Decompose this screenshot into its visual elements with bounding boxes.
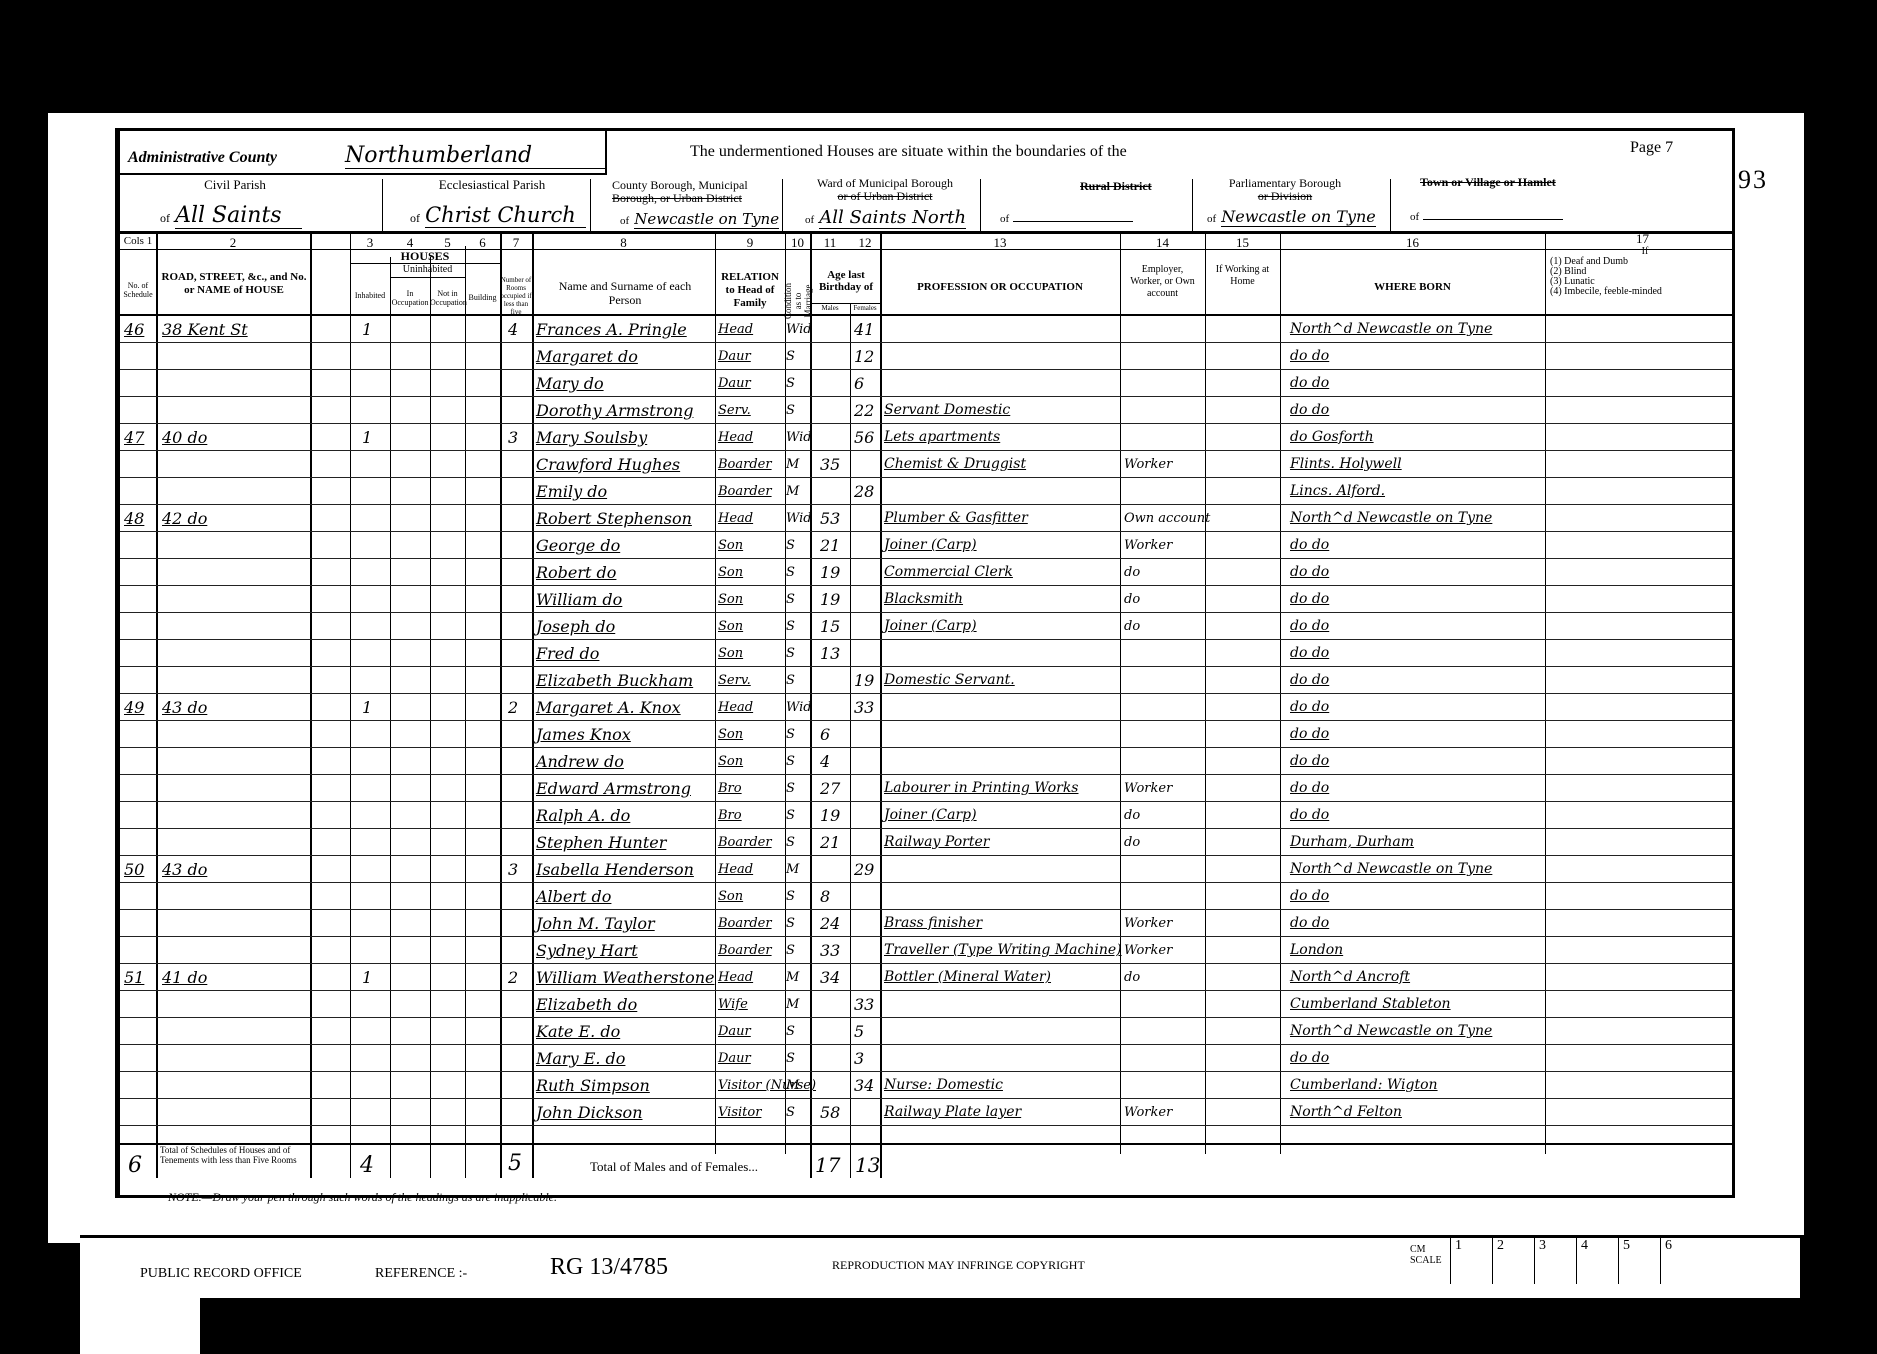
- col-header-road: ROAD, STREET, &c., and No. or NAME of HO…: [160, 271, 308, 297]
- col-header-rooms: Number of Rooms occupied if less than fi…: [500, 276, 532, 316]
- age-male: 8: [820, 883, 848, 910]
- occupation: [884, 1045, 1119, 1072]
- employer-status: Worker: [1124, 775, 1204, 802]
- infirmity: [1550, 883, 1735, 910]
- relation: Visitor (Nurse): [718, 1072, 784, 1099]
- road-address: [162, 640, 307, 667]
- employer-status: [1124, 667, 1204, 694]
- age-female: 12: [854, 343, 879, 370]
- occupation: Joiner (Carp): [884, 802, 1119, 829]
- person-name: James Knox: [536, 721, 714, 748]
- inhabited: [362, 505, 387, 532]
- condition: S: [786, 640, 810, 667]
- birthplace: Cumberland: Wigton: [1290, 1072, 1544, 1099]
- condition: Wid: [786, 316, 810, 343]
- rooms: [508, 451, 530, 478]
- employer-status: [1124, 991, 1204, 1018]
- rooms: 4: [508, 316, 530, 343]
- parl-borough-value: Newcastle on Tyne: [1221, 207, 1375, 227]
- occupation: Commercial Clerk: [884, 559, 1119, 586]
- reference-label: REFERENCE :-: [375, 1266, 467, 1282]
- inhabited: [362, 1018, 387, 1045]
- table-row: Dorothy ArmstrongServ.S22Servant Domesti…: [120, 397, 1732, 424]
- occupation: [884, 316, 1119, 343]
- inhabited: [362, 856, 387, 883]
- age-female: [854, 937, 879, 964]
- rooms: [508, 343, 530, 370]
- schedule-no: [124, 532, 154, 559]
- birthplace: North^d Newcastle on Tyne: [1290, 505, 1544, 532]
- schedule-no: 49: [124, 694, 154, 721]
- birthplace: North^d Felton: [1290, 1099, 1544, 1126]
- age-female: 19: [854, 667, 879, 694]
- total-schedules: 6: [128, 1153, 142, 1178]
- road-address: 40 do: [162, 424, 307, 451]
- schedule-no: [124, 343, 154, 370]
- rooms: [508, 1045, 530, 1072]
- road-address: [162, 802, 307, 829]
- employer-status: [1124, 694, 1204, 721]
- census-schedule: Administrative County Northumberland The…: [115, 128, 1735, 1198]
- table-row: 5141 do12William WeatherstoneHeadM34Bott…: [120, 964, 1732, 991]
- age-female: [854, 775, 879, 802]
- rooms: [508, 478, 530, 505]
- relation: Son: [718, 640, 784, 667]
- civil-parish-label: Civil Parish: [120, 179, 350, 191]
- age-male: [820, 856, 848, 883]
- employer-status: [1124, 1045, 1204, 1072]
- cm-scale-label: CM SCALE: [1410, 1244, 1442, 1266]
- page-margin: [1758, 113, 1804, 1235]
- age-male: [820, 424, 848, 451]
- rural-district-field: of: [1000, 213, 1133, 225]
- age-female: 3: [854, 1045, 879, 1072]
- age-female: [854, 910, 879, 937]
- condition: S: [786, 802, 810, 829]
- intro-text: The undermentioned Houses are situate wi…: [690, 143, 1127, 161]
- age-male: 58: [820, 1099, 848, 1126]
- age-female: 34: [854, 1072, 879, 1099]
- road-address: [162, 586, 307, 613]
- occupation: [884, 694, 1119, 721]
- occupation: Labourer in Printing Works: [884, 775, 1119, 802]
- employer-status: [1124, 343, 1204, 370]
- employer-status: [1124, 478, 1204, 505]
- age-female: 41: [854, 316, 879, 343]
- road-address: 42 do: [162, 505, 307, 532]
- relation: Son: [718, 559, 784, 586]
- age-male: [820, 694, 848, 721]
- condition: Wid: [786, 694, 810, 721]
- employer-status: Worker: [1124, 451, 1204, 478]
- relation: Bro: [718, 775, 784, 802]
- eccl-parish-label: Ecclesiastical Parish: [382, 179, 602, 191]
- age-male: [820, 1018, 848, 1045]
- road-address: 38 Kent St: [162, 316, 307, 343]
- occupation: Traveller (Type Writing Machine): [884, 937, 1119, 964]
- condition: M: [786, 856, 810, 883]
- table-row: Andrew doSonS4do do: [120, 748, 1732, 775]
- condition: M: [786, 964, 810, 991]
- rooms: [508, 721, 530, 748]
- occupation: Railway Plate layer: [884, 1099, 1119, 1126]
- table-row: George doSonS21Joiner (Carp)Workerdo do: [120, 532, 1732, 559]
- birthplace: do do: [1290, 586, 1544, 613]
- parl-borough-field: of Newcastle on Tyne: [1207, 207, 1376, 226]
- condition: M: [786, 451, 810, 478]
- birthplace: do do: [1290, 640, 1544, 667]
- relation: Boarder: [718, 910, 784, 937]
- age-male: [820, 316, 848, 343]
- employer-status: do: [1124, 829, 1204, 856]
- table-row: William doSonS19Blacksmithdodo do: [120, 586, 1732, 613]
- relation: Head: [718, 505, 784, 532]
- condition: S: [786, 532, 810, 559]
- condition: S: [786, 586, 810, 613]
- infirmity: [1550, 748, 1735, 775]
- table-row: Joseph doSonS15Joiner (Carp)dodo do: [120, 613, 1732, 640]
- schedule-no: [124, 451, 154, 478]
- inhabited: [362, 613, 387, 640]
- table-row: Albert doSonS8do do: [120, 883, 1732, 910]
- schedule-no: [124, 397, 154, 424]
- schedule-no: 50: [124, 856, 154, 883]
- road-address: 43 do: [162, 694, 307, 721]
- inhabited: [362, 883, 387, 910]
- table-row: Crawford HughesBoarderM35Chemist & Drugg…: [120, 451, 1732, 478]
- person-name: Mary Soulsby: [536, 424, 714, 451]
- relation: Head: [718, 694, 784, 721]
- schedule-no: [124, 937, 154, 964]
- col-header-schedule: No. of Schedule: [120, 281, 156, 299]
- age-female: [854, 721, 879, 748]
- relation: Serv.: [718, 667, 784, 694]
- birthplace: do do: [1290, 613, 1544, 640]
- relation: Daur: [718, 1045, 784, 1072]
- birthplace: North^d Newcastle on Tyne: [1290, 856, 1544, 883]
- total-females: 13: [855, 1153, 880, 1177]
- rooms: 2: [508, 694, 530, 721]
- inhabited: [362, 910, 387, 937]
- ward-value: All Saints North: [819, 207, 966, 229]
- infirmity: [1550, 370, 1735, 397]
- table-row: Kate E. doDaurS5North^d Newcastle on Tyn…: [120, 1018, 1732, 1045]
- age-male: 27: [820, 775, 848, 802]
- schedule-no: 51: [124, 964, 154, 991]
- condition: S: [786, 910, 810, 937]
- road-address: [162, 1045, 307, 1072]
- birthplace: do do: [1290, 910, 1544, 937]
- condition: M: [786, 991, 810, 1018]
- archive-office: PUBLIC RECORD OFFICE: [140, 1266, 302, 1282]
- infirmity: [1550, 343, 1735, 370]
- relation: Bro: [718, 802, 784, 829]
- schedule-no: [124, 991, 154, 1018]
- condition: S: [786, 343, 810, 370]
- relation: Daur: [718, 343, 784, 370]
- schedule-no: [124, 721, 154, 748]
- road-address: [162, 829, 307, 856]
- inhabited: [362, 532, 387, 559]
- table-row: Elizabeth doWifeM33Cumberland Stableton: [120, 991, 1732, 1018]
- schedule-no: [124, 1045, 154, 1072]
- relation: Head: [718, 316, 784, 343]
- col-header-infirmity: If (1) Deaf and Dumb (2) Blind (3) Lunat…: [1550, 247, 1740, 297]
- relation: Head: [718, 856, 784, 883]
- schedule-no: [124, 775, 154, 802]
- col-header-houses: HOUSES: [350, 249, 500, 264]
- ward-field: of All Saints North: [805, 207, 966, 228]
- age-male: 13: [820, 640, 848, 667]
- schedule-no: [124, 1072, 154, 1099]
- col-header-relation: RELATION to Head of Family: [717, 271, 783, 310]
- condition: S: [786, 721, 810, 748]
- total-inhabited: 4: [360, 1153, 374, 1178]
- infirmity: [1550, 532, 1735, 559]
- age-male: [820, 478, 848, 505]
- birthplace: do do: [1290, 1045, 1544, 1072]
- condition: S: [786, 1099, 810, 1126]
- age-male: 19: [820, 586, 848, 613]
- age-female: [854, 451, 879, 478]
- table-row: Stephen HunterBoarderS21Railway Porterdo…: [120, 829, 1732, 856]
- age-female: [854, 559, 879, 586]
- age-male: 4: [820, 748, 848, 775]
- inhabited: [362, 397, 387, 424]
- col-header-working-home: If Working at Home: [1210, 264, 1275, 288]
- folio-number: 93: [1738, 165, 1768, 195]
- age-female: 33: [854, 694, 879, 721]
- person-name: Margaret do: [536, 343, 714, 370]
- condition: S: [786, 1018, 810, 1045]
- schedule-no: [124, 640, 154, 667]
- birthplace: Durham, Durham: [1290, 829, 1544, 856]
- employer-status: do: [1124, 586, 1204, 613]
- admin-county-label: Administrative County: [128, 149, 277, 167]
- person-name: John Dickson: [536, 1099, 714, 1126]
- col-header-where-born: WHERE BORN: [1280, 281, 1545, 293]
- employer-status: do: [1124, 613, 1204, 640]
- person-name: Mary E. do: [536, 1045, 714, 1072]
- occupation: Nurse: Domestic: [884, 1072, 1119, 1099]
- rooms: [508, 532, 530, 559]
- birthplace: do do: [1290, 343, 1544, 370]
- age-female: [854, 748, 879, 775]
- age-female: 22: [854, 397, 879, 424]
- archive-footer: PUBLIC RECORD OFFICE REFERENCE :- RG 13/…: [80, 1235, 1800, 1301]
- road-address: 41 do: [162, 964, 307, 991]
- infirmity: [1550, 559, 1735, 586]
- rooms: [508, 1099, 530, 1126]
- age-male: 15: [820, 613, 848, 640]
- schedule-no: [124, 586, 154, 613]
- birthplace: Cumberland Stableton: [1290, 991, 1544, 1018]
- col-header-in-occupation: In Occupation: [390, 289, 430, 307]
- age-female: [854, 532, 879, 559]
- rooms: [508, 586, 530, 613]
- age-male: 19: [820, 559, 848, 586]
- road-address: [162, 478, 307, 505]
- civil-parish-field: of All Saints: [160, 203, 302, 228]
- relation: Son: [718, 613, 784, 640]
- relation: Son: [718, 721, 784, 748]
- employer-status: Worker: [1124, 910, 1204, 937]
- scale-mark: 6: [1660, 1238, 1702, 1284]
- rooms: [508, 613, 530, 640]
- birthplace: do do: [1290, 721, 1544, 748]
- occupation: [884, 640, 1119, 667]
- occupation: [884, 748, 1119, 775]
- person-name: Frances A. Pringle: [536, 316, 714, 343]
- condition: S: [786, 883, 810, 910]
- col-header-occupation: PROFESSION OR OCCUPATION: [880, 281, 1120, 293]
- scale-mark: 2: [1492, 1238, 1534, 1284]
- road-address: [162, 613, 307, 640]
- schedule-no: [124, 370, 154, 397]
- table-row: 4638 Kent St14Frances A. PringleHeadWid4…: [120, 316, 1732, 343]
- col-header-employer: Employer, Worker, or Own account: [1125, 264, 1200, 300]
- relation: Boarder: [718, 451, 784, 478]
- infirmity: [1550, 667, 1735, 694]
- age-female: [854, 802, 879, 829]
- occupation: [884, 343, 1119, 370]
- age-male: 53: [820, 505, 848, 532]
- age-female: [854, 505, 879, 532]
- relation: Serv.: [718, 397, 784, 424]
- birthplace: Flints. Holywell: [1290, 451, 1544, 478]
- table-row: John DicksonVisitorS58Railway Plate laye…: [120, 1099, 1732, 1126]
- birthplace: North^d Newcastle on Tyne: [1290, 316, 1544, 343]
- infirmity: [1550, 316, 1735, 343]
- age-female: 29: [854, 856, 879, 883]
- page-edge: [80, 1295, 200, 1354]
- person-name: Robert Stephenson: [536, 505, 714, 532]
- employer-status: [1124, 397, 1204, 424]
- rooms: [508, 667, 530, 694]
- schedule-no: [124, 559, 154, 586]
- rooms: [508, 505, 530, 532]
- infirmity: [1550, 1018, 1735, 1045]
- employer-status: [1124, 748, 1204, 775]
- inhabited: [362, 802, 387, 829]
- rooms: [508, 829, 530, 856]
- table-row: John M. TaylorBoarderS24Brass finisherWo…: [120, 910, 1732, 937]
- person-name: William Weatherstone: [536, 964, 714, 991]
- condition: S: [786, 1045, 810, 1072]
- table-row: 5043 do3Isabella HendersonHeadM29North^d…: [120, 856, 1732, 883]
- condition: Wid: [786, 505, 810, 532]
- inhabited: [362, 1045, 387, 1072]
- inhabited: [362, 721, 387, 748]
- condition: S: [786, 397, 810, 424]
- infirmity: [1550, 910, 1735, 937]
- infirmity: [1550, 451, 1735, 478]
- person-name: Emily do: [536, 478, 714, 505]
- relation: Boarder: [718, 829, 784, 856]
- age-female: [854, 883, 879, 910]
- age-male: [820, 1072, 848, 1099]
- person-name: Kate E. do: [536, 1018, 714, 1045]
- inhabited: 1: [362, 694, 387, 721]
- occupation: Joiner (Carp): [884, 613, 1119, 640]
- inhabited: 1: [362, 964, 387, 991]
- condition: M: [786, 1072, 810, 1099]
- person-name: Robert do: [536, 559, 714, 586]
- table-row: Edward ArmstrongBroS27Labourer in Printi…: [120, 775, 1732, 802]
- birthplace: do do: [1290, 559, 1544, 586]
- birthplace: London: [1290, 937, 1544, 964]
- person-name: Isabella Henderson: [536, 856, 714, 883]
- infirmity: [1550, 397, 1735, 424]
- employer-status: do: [1124, 802, 1204, 829]
- rooms: [508, 640, 530, 667]
- condition: Wid: [786, 424, 810, 451]
- occupation: [884, 721, 1119, 748]
- total-rooms: 5: [508, 1151, 522, 1176]
- age-male: 6: [820, 721, 848, 748]
- road-address: [162, 451, 307, 478]
- col-header-name: Name and Surname of each Person: [550, 279, 700, 307]
- rooms: [508, 802, 530, 829]
- schedule-no: [124, 1018, 154, 1045]
- road-address: [162, 937, 307, 964]
- age-male: 34: [820, 964, 848, 991]
- schedule-no: 46: [124, 316, 154, 343]
- inhabited: 1: [362, 424, 387, 451]
- inhabited: [362, 586, 387, 613]
- table-row: Ruth SimpsonVisitor (Nurse)M34Nurse: Dom…: [120, 1072, 1732, 1099]
- rooms: [508, 910, 530, 937]
- schedule-no: 48: [124, 505, 154, 532]
- condition: S: [786, 613, 810, 640]
- occupation: [884, 478, 1119, 505]
- road-address: [162, 1099, 307, 1126]
- road-address: [162, 370, 307, 397]
- condition: S: [786, 775, 810, 802]
- table-row: Robert doSonS19Commercial Clerkdodo do: [120, 559, 1732, 586]
- birthplace: do do: [1290, 748, 1544, 775]
- schedule-no: [124, 748, 154, 775]
- table-row: Mary doDaurS6do do: [120, 370, 1732, 397]
- admin-county-value: Northumberland: [345, 143, 605, 169]
- employer-status: Worker: [1124, 1099, 1204, 1126]
- infirmity: [1550, 1072, 1735, 1099]
- rooms: 3: [508, 424, 530, 451]
- condition: M: [786, 478, 810, 505]
- occupation: Blacksmith: [884, 586, 1119, 613]
- col-header-age: Age last Birthday of: [812, 269, 880, 293]
- infirmity: [1550, 856, 1735, 883]
- age-female: [854, 1099, 879, 1126]
- infirmity: [1550, 478, 1735, 505]
- infirmity: [1550, 802, 1735, 829]
- age-male: 33: [820, 937, 848, 964]
- scale-mark: 3: [1534, 1238, 1576, 1284]
- inhabited: [362, 748, 387, 775]
- infirmity: [1550, 640, 1735, 667]
- infirmity: [1550, 694, 1735, 721]
- age-male: 19: [820, 802, 848, 829]
- county-borough-value: Newcastle on Tyne: [634, 210, 779, 229]
- person-name: Andrew do: [536, 748, 714, 775]
- reference-value: RG 13/4785: [550, 1254, 668, 1281]
- infirmity: [1550, 1045, 1735, 1072]
- occupation: Railway Porter: [884, 829, 1119, 856]
- age-female: 5: [854, 1018, 879, 1045]
- rooms: [508, 775, 530, 802]
- age-male: [820, 397, 848, 424]
- age-female: [854, 586, 879, 613]
